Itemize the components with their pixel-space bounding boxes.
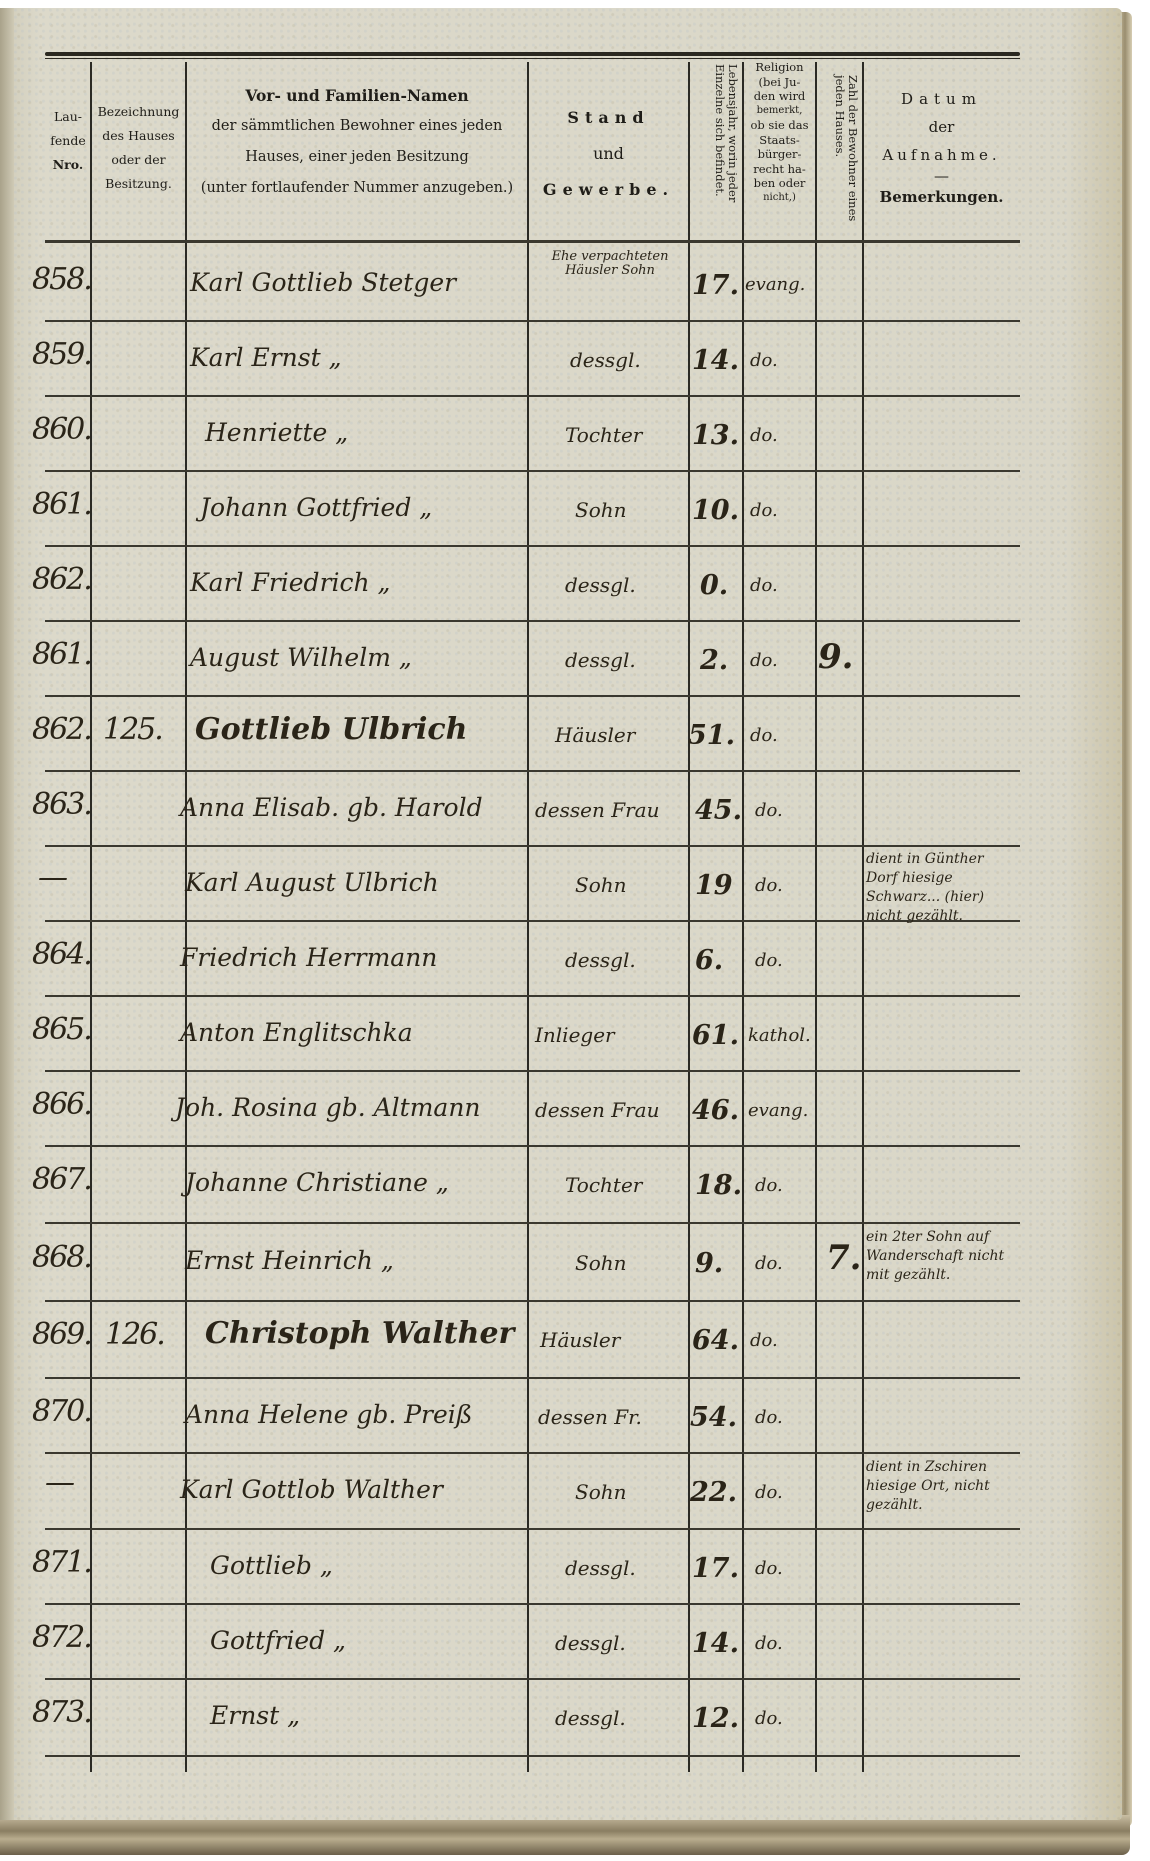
header-text: oder der: [92, 148, 185, 172]
header-text: und: [529, 136, 688, 172]
age: 46.: [692, 1095, 739, 1126]
row-number: —: [45, 1465, 73, 1500]
age: 51.: [688, 720, 735, 751]
age: 13.: [692, 420, 739, 451]
occupation: Tochter: [565, 423, 642, 447]
header-col-date: Datum der Aufnahme. — Bemerkungen.: [864, 85, 1019, 211]
col-divider-1: [90, 62, 92, 1772]
resident-name: Gottfried „: [210, 1626, 346, 1655]
religion: do.: [755, 1558, 783, 1579]
row-number: 871.: [32, 1545, 91, 1580]
header-text: Stand: [529, 100, 688, 136]
row-rule: [45, 770, 1020, 772]
header-text: (unter fortlaufender Nummer anzugeben.): [187, 173, 527, 204]
age: 54.: [690, 1402, 737, 1433]
remark: dient in Günther Dorf hiesige Schwarz...…: [866, 850, 1016, 926]
row-number: 869.: [32, 1317, 91, 1352]
top-rule: [45, 52, 1020, 56]
row-number: 858.: [32, 262, 91, 297]
household-count: 7.: [826, 1238, 862, 1278]
occupation: dessgl.: [565, 573, 636, 597]
header-text: der: [864, 113, 1019, 141]
row-number: 860.: [32, 412, 91, 447]
age: 19: [695, 870, 733, 901]
col-divider-5: [742, 62, 744, 1772]
age: 17.: [692, 270, 739, 301]
header-rule: [45, 240, 1020, 243]
header-text: fende: [46, 129, 90, 153]
header-text: den wird: [744, 89, 815, 104]
religion: do.: [750, 350, 778, 371]
age: 17.: [692, 1553, 739, 1584]
header-text: Staats-: [744, 133, 815, 148]
age: 18.: [695, 1170, 742, 1201]
religion: do.: [750, 425, 778, 446]
religion: do.: [750, 575, 778, 596]
col-divider-3: [527, 62, 529, 1772]
age: 22.: [690, 1477, 737, 1508]
age: 61.: [692, 1020, 739, 1051]
col-divider-2: [185, 62, 187, 1772]
header-col-nr: Lau- fende Nro.: [46, 105, 90, 177]
col-divider-7: [862, 62, 864, 1772]
header-text: Bemerkungen.: [864, 183, 1019, 211]
religion: do.: [755, 800, 783, 821]
header-text: recht ha-: [744, 162, 815, 177]
age: 10.: [692, 495, 739, 526]
religion: do.: [755, 1482, 783, 1503]
occupation: Häusler: [540, 1328, 620, 1352]
remark: ein 2ter Sohn auf Wanderschaft nicht mit…: [866, 1228, 1016, 1285]
row-rule: [45, 1070, 1020, 1072]
header-title: Vor- und Familien-Namen: [187, 80, 527, 111]
resident-name: Gottlieb „: [210, 1551, 333, 1580]
header-text: Hauses, einer jeden Besitzung: [187, 142, 527, 173]
age: 14.: [692, 345, 739, 376]
header-col-religion: Religion (bei Ju- den wird bemerkt, ob s…: [744, 60, 815, 205]
religion: do.: [750, 500, 778, 521]
header-text: Aufnahme.: [864, 141, 1019, 169]
occupation: Sohn: [575, 498, 627, 522]
row-number: 863.: [32, 787, 91, 822]
occupation: dessen Frau: [535, 1098, 659, 1122]
header-text: Nro.: [46, 153, 90, 177]
row-number: 861.: [32, 637, 91, 672]
header-text: der sämmtlichen Bewohner eines jeden: [187, 111, 527, 142]
row-rule: [45, 995, 1020, 997]
resident-name: Anna Elisab. gb. Harold: [180, 793, 483, 822]
row-rule: [45, 845, 1020, 847]
occupation: Inlieger: [535, 1023, 615, 1047]
resident-name: Karl August Ulbrich: [185, 868, 439, 897]
occupation: Ehe verpachteten Häusler Sohn: [530, 250, 690, 278]
religion: do.: [755, 1175, 783, 1196]
page-gutter: [0, 8, 14, 1820]
row-rule: [45, 695, 1020, 697]
header-text: ben oder: [744, 176, 815, 191]
occupation: dessgl.: [555, 1631, 626, 1655]
occupation: dessgl.: [555, 1706, 626, 1730]
occupation: Sohn: [575, 1480, 627, 1504]
occupation: Tochter: [565, 1173, 642, 1197]
row-rule: [45, 545, 1020, 547]
row-rule: [45, 1300, 1020, 1302]
header-text: ob sie das: [744, 118, 815, 133]
header-text: —: [864, 169, 1019, 183]
header-text: nicht,): [744, 191, 815, 206]
religion: evang.: [748, 1100, 808, 1121]
row-rule: [45, 620, 1020, 622]
occupation: Sohn: [575, 1251, 627, 1275]
header-text: Datum: [864, 85, 1019, 113]
occupation: dessgl.: [565, 948, 636, 972]
row-rule: [45, 1452, 1020, 1454]
row-number: 861.: [32, 487, 91, 522]
row-number: 870.: [32, 1394, 91, 1429]
row-number: 859.: [32, 337, 91, 372]
row-rule: [45, 1528, 1020, 1530]
resident-name: Karl Gottlob Walther: [180, 1475, 443, 1504]
col-divider-4: [688, 62, 690, 1772]
header-col-names: Vor- und Familien-Namen der sämmtlichen …: [187, 80, 527, 204]
occupation: Sohn: [575, 873, 627, 897]
age: 6.: [695, 945, 723, 976]
col-divider-6: [815, 62, 817, 1772]
religion: do.: [755, 1253, 783, 1274]
header-col-count: Zahl der Bewohner eines jeden Hauses.: [821, 75, 859, 235]
book-edge-bottom: [0, 1815, 1130, 1855]
row-number: 867.: [32, 1162, 91, 1197]
row-number: 866.: [32, 1087, 91, 1122]
row-number: 862.: [32, 712, 91, 747]
header-col-stand: Stand und Gewerbe.: [529, 100, 688, 208]
house-number: 126.: [105, 1317, 164, 1352]
header-text: bemerkt,: [744, 104, 815, 119]
top-rule-thin: [45, 58, 1020, 59]
header-col-house: Bezeichnung des Hauses oder der Besitzun…: [92, 100, 185, 196]
age: 0.: [700, 570, 728, 601]
header-text: Gewerbe.: [529, 172, 688, 208]
religion: kathol.: [748, 1025, 811, 1046]
religion: do.: [755, 1407, 783, 1428]
occupation: dessgl.: [565, 648, 636, 672]
religion: do.: [755, 1708, 783, 1729]
header-col-age: Lebensjahr, worin jeder Einzelne sich be…: [693, 64, 739, 239]
resident-name: Friedrich Herrmann: [180, 943, 437, 972]
age: 64.: [692, 1325, 739, 1356]
age: 2.: [700, 645, 728, 676]
religion: do.: [750, 650, 778, 671]
header-text: Religion: [744, 60, 815, 75]
resident-name: Henriette „: [205, 418, 348, 447]
age: 12.: [692, 1703, 739, 1734]
resident-name: Karl Gottlieb Stetger: [190, 268, 456, 297]
header-text: bürger-: [744, 147, 815, 162]
age: 9.: [695, 1248, 723, 1279]
row-rule: [45, 1678, 1020, 1680]
religion: do.: [755, 875, 783, 896]
resident-name: Karl Ernst „: [190, 343, 342, 372]
row-rule: [45, 320, 1020, 322]
header-text: des Hauses: [92, 124, 185, 148]
religion: evang.: [745, 274, 805, 295]
row-number: 865.: [32, 1012, 91, 1047]
row-number: 862.: [32, 562, 91, 597]
age: 14.: [692, 1628, 739, 1659]
resident-name: August Wilhelm „: [190, 643, 412, 672]
row-rule: [45, 395, 1020, 397]
row-rule: [45, 1222, 1020, 1224]
row-rule: [45, 1377, 1020, 1379]
religion: do.: [755, 1633, 783, 1654]
occupation: dessgl.: [565, 1556, 636, 1580]
religion: do.: [750, 1330, 778, 1351]
resident-name: Gottlieb Ulbrich: [195, 712, 467, 747]
row-number: 868.: [32, 1240, 91, 1275]
occupation: Häusler: [555, 723, 635, 747]
resident-name: Johanne Christiane „: [185, 1168, 449, 1197]
row-number: 873.: [32, 1695, 91, 1730]
occupation: dessen Frau: [535, 798, 659, 822]
occupation: dessgl.: [570, 348, 641, 372]
resident-name: Anna Helene gb. Preiß: [185, 1400, 473, 1429]
header-text: Lau-: [46, 105, 90, 129]
resident-name: Johann Gottfried „: [200, 493, 432, 522]
occupation: dessen Fr.: [538, 1405, 642, 1429]
row-rule: [45, 470, 1020, 472]
remark: dient in Zschiren hiesige Ort, nicht gez…: [866, 1458, 1016, 1515]
row-number: —: [38, 860, 66, 895]
resident-name: Karl Friedrich „: [190, 568, 391, 597]
age: 45.: [695, 795, 742, 826]
header-text: (bei Ju-: [744, 75, 815, 90]
resident-name: Anton Englitschka: [180, 1018, 413, 1047]
resident-name: Joh. Rosina gb. Altmann: [175, 1093, 481, 1122]
row-number: 872.: [32, 1620, 91, 1655]
household-count: 9.: [818, 637, 854, 677]
resident-name: Christoph Walther: [205, 1316, 514, 1351]
resident-name: Ernst Heinrich „: [185, 1246, 394, 1275]
row-rule: [45, 1145, 1020, 1147]
header-text: Bezeichnung: [92, 100, 185, 124]
resident-name: Ernst „: [210, 1701, 300, 1730]
row-rule: [45, 1755, 1020, 1757]
religion: do.: [755, 950, 783, 971]
header-text: Besitzung.: [92, 172, 185, 196]
house-number: 125.: [103, 712, 162, 747]
row-rule: [45, 1603, 1020, 1605]
row-number: 864.: [32, 937, 91, 972]
religion: do.: [750, 725, 778, 746]
